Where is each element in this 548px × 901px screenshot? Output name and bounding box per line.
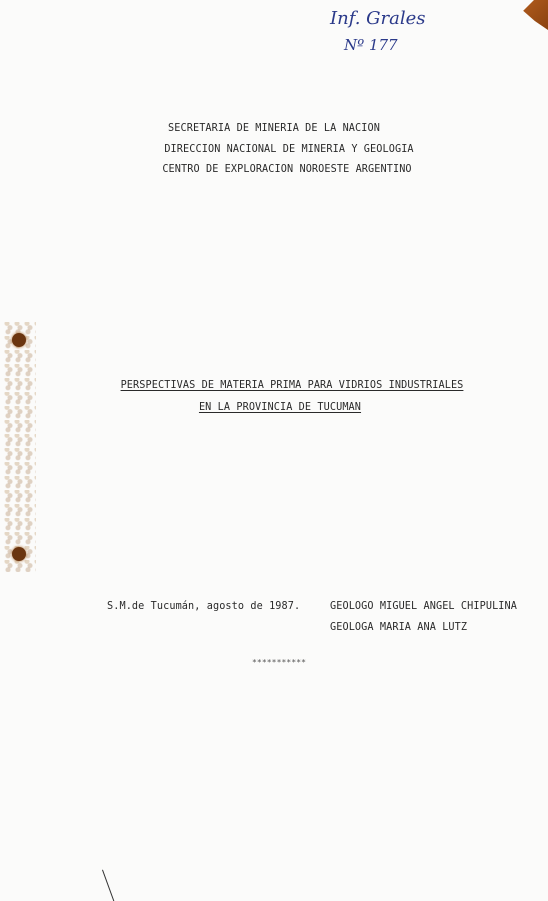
author-2: GEOLOGA MARIA ANA LUTZ <box>330 623 467 633</box>
punch-hole-top <box>12 333 26 347</box>
document-title-line2: EN LA PROVINCIA DE TUCUMAN <box>0 403 548 413</box>
header-line-center: CENTRO DE EXPLORACION NOROESTE ARGENTINO <box>0 165 548 175</box>
corner-stain <box>504 0 548 30</box>
header-line-direction: DIRECCION NACIONAL DE MINERIA Y GEOLOGIA <box>0 145 548 155</box>
binding-stain <box>4 322 36 572</box>
document-title-line1: PERSPECTIVAS DE MATERIA PRIMA PARA VIDRI… <box>0 381 548 391</box>
punch-hole-bottom <box>12 547 26 561</box>
header-line-ministry: SECRETARIA DE MINERIA DE LA NACION <box>0 124 548 134</box>
document-page: Inf. Grales Nº 177 SECRETARIA DE MINERIA… <box>0 0 548 901</box>
place-date: S.M.de Tucumán, agosto de 1987. <box>107 602 300 612</box>
separator-asterisks: *********** <box>252 659 306 667</box>
handwritten-note-line2: Nº 177 <box>344 36 398 54</box>
author-1: GEOLOGO MIGUEL ANGEL CHIPULINA <box>330 602 517 612</box>
stray-pen-mark <box>102 870 115 901</box>
handwritten-note-line1: Inf. Grales <box>330 8 426 29</box>
